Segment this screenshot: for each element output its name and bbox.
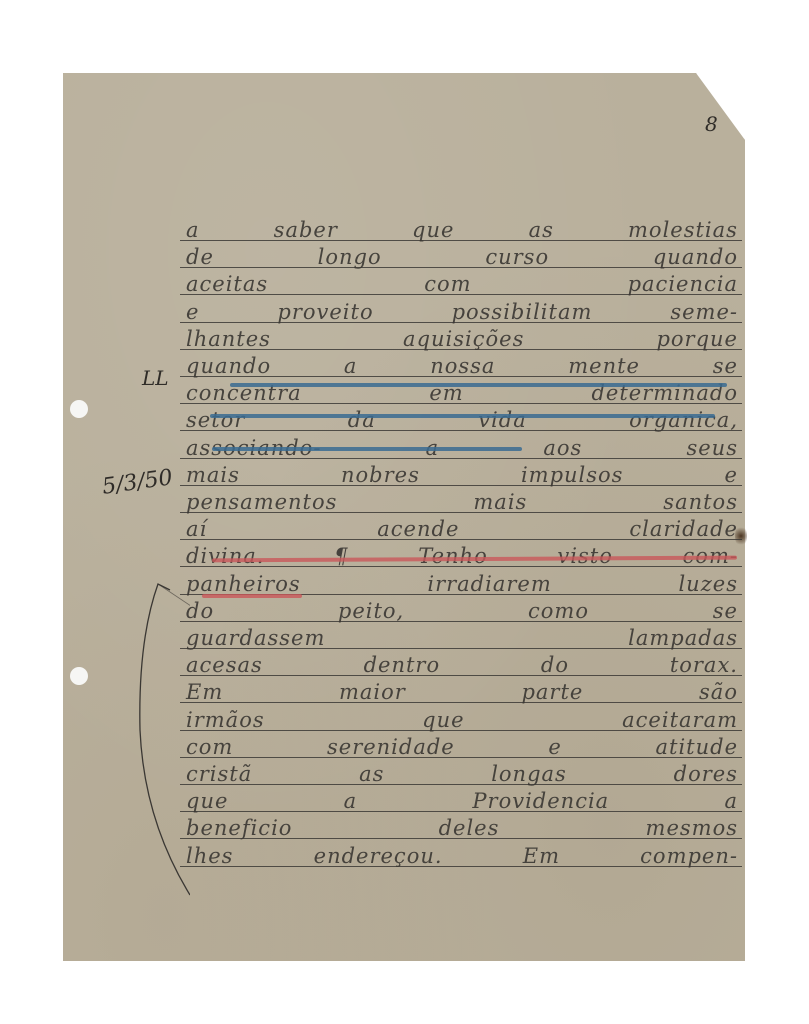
word: vida (478, 408, 527, 432)
word: compen- (640, 844, 738, 868)
text-line: lhesendereçou.Emcompen- (186, 842, 738, 868)
word: lampadas (628, 626, 738, 650)
text-line: queaProvidenciaa (186, 787, 738, 813)
word: impulsos (521, 463, 624, 487)
word: com (424, 272, 471, 296)
word: santos (663, 490, 738, 514)
word: e (186, 300, 199, 324)
word: luzes (678, 572, 738, 596)
text-line: aceitascompaciencia (186, 270, 738, 296)
word: possibilitam (452, 300, 593, 324)
text-line: dopeito,comose (186, 597, 738, 623)
word: são (699, 680, 738, 704)
text-line: lhantesaquisiçõesporque (186, 325, 738, 351)
word: aí (186, 517, 207, 541)
word: seus (686, 436, 738, 460)
word: do (186, 599, 214, 623)
blue-underline-1 (230, 383, 727, 387)
text-line: cristãaslongasdores (186, 760, 738, 786)
word: maior (339, 680, 406, 704)
word: aos (543, 436, 582, 460)
text-line: aíacendeclaridade (186, 515, 738, 541)
word: que (422, 708, 464, 732)
word: que (412, 218, 454, 242)
word: organica, (629, 408, 738, 432)
word: claridade (629, 517, 738, 541)
word: molestias (628, 218, 738, 242)
word: mente (568, 354, 640, 378)
text-line: guardassemlampadas (186, 624, 738, 650)
text-line: comserenidadeeatitude (186, 733, 738, 759)
word: deles (439, 816, 500, 840)
word: dentro (364, 653, 441, 677)
word: do (541, 653, 569, 677)
word: torax. (670, 653, 738, 677)
blue-underline-2 (210, 414, 715, 418)
text-line: setordavidaorganica, (186, 406, 738, 432)
word: as (359, 762, 384, 786)
text-line: eproveitopossibilitamseme- (186, 298, 738, 324)
word: mesmos (646, 816, 738, 840)
text-line: pensamentosmaissantos (186, 488, 738, 514)
word: se (713, 599, 738, 623)
word: a (186, 218, 200, 242)
text-line: quandoanossamentese (186, 352, 738, 378)
word: aceitas (186, 272, 268, 296)
word: seme- (670, 300, 738, 324)
word: nobres (341, 463, 420, 487)
word: lhes (186, 844, 233, 868)
word: serenidade (327, 735, 455, 759)
word: guardassem (186, 626, 325, 650)
text-line: panheirosirradiaremluzes (186, 570, 738, 596)
word: proveito (277, 300, 373, 324)
text-line: irmãosqueaceitaram (186, 706, 738, 732)
red-underline-2 (202, 594, 302, 598)
word: e (548, 735, 561, 759)
word: porque (656, 327, 738, 351)
word: irradiarem (427, 572, 551, 596)
word: acesas (186, 653, 263, 677)
word: a (344, 354, 358, 378)
word: Providencia (472, 789, 609, 813)
word: saber (274, 218, 338, 242)
word: de (186, 245, 214, 269)
word: paciencia (628, 272, 738, 296)
word: mais (186, 463, 240, 487)
word: a (344, 789, 358, 813)
margin-bracket (110, 580, 190, 900)
punch-hole-top (70, 400, 88, 418)
word: que (186, 789, 228, 813)
word: se (713, 354, 738, 378)
text-line: asaberqueasmolestias (186, 216, 738, 242)
word: longo (318, 245, 382, 269)
word: pensamentos (186, 490, 337, 514)
word: Em (186, 680, 223, 704)
word: mais (473, 490, 527, 514)
word: atitude (655, 735, 738, 759)
blue-underline-3 (212, 447, 522, 451)
word: cristã (186, 762, 252, 786)
text-line: acesasdentrodotorax. (186, 651, 738, 677)
word: longas (491, 762, 567, 786)
word: a (724, 789, 738, 813)
text-line: Emmaiorpartesão (186, 678, 738, 704)
word: panheiros (186, 572, 301, 596)
text-line: delongocursoquando (186, 243, 738, 269)
text-line: beneficiodelesmesmos (186, 814, 738, 840)
word: aquisições (403, 327, 524, 351)
word: divina. (186, 544, 264, 568)
word: as (529, 218, 554, 242)
word: lhantes (186, 327, 271, 351)
word: irmãos (186, 708, 265, 732)
word: aceitaram (622, 708, 738, 732)
word: peito, (338, 599, 404, 623)
word: ¶ (334, 544, 348, 568)
word: beneficio (186, 816, 292, 840)
word: curso (485, 245, 549, 269)
word: quando (653, 245, 738, 269)
word: endereçou. (314, 844, 443, 868)
word: e (725, 463, 738, 487)
text-line: maisnobresimpulsose (186, 461, 738, 487)
punch-hole-bottom (70, 667, 88, 685)
word: acende (377, 517, 459, 541)
word: nossa (430, 354, 495, 378)
word: setor (186, 408, 245, 432)
word: parte (521, 680, 583, 704)
word: como (528, 599, 589, 623)
word: Em (523, 844, 560, 868)
margin-paragraph-mark: LL (142, 366, 169, 390)
page-number: 8 (705, 112, 718, 136)
word: dores (674, 762, 738, 786)
word: quando (186, 354, 271, 378)
word: da (348, 408, 376, 432)
word: com (186, 735, 233, 759)
